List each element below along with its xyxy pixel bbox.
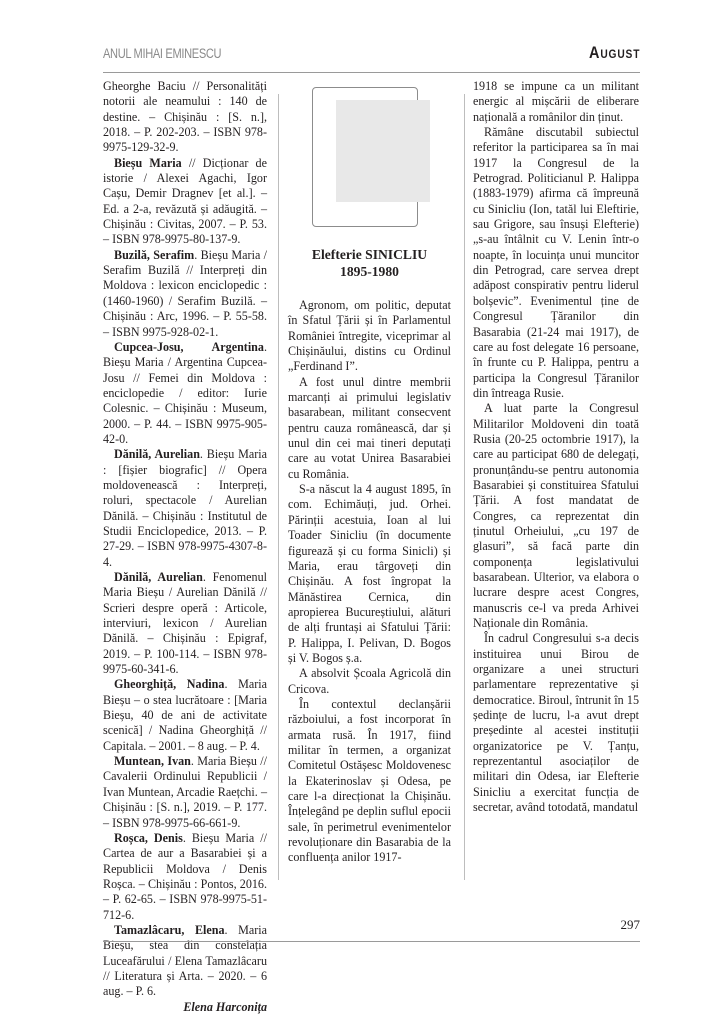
bibliography-column: Gheorghe Baciu // Personalități notorii … [103, 79, 267, 1015]
entry-author: Roșca, Denis [114, 831, 183, 845]
entry-author: Gheorghiță, Nadina [114, 677, 224, 691]
header-month: August [589, 43, 640, 63]
bibliography-entry: Gheorghe Baciu // Personalități notorii … [103, 79, 267, 156]
biography-paragraph: A luat parte la Congresul Militarilor Mo… [473, 401, 639, 631]
column-divider [278, 94, 279, 880]
column-divider [464, 94, 465, 880]
bibliography-entry: Muntean, Ivan. Maria Bieșu // Cavalerii … [103, 754, 267, 831]
footer-divider [103, 941, 640, 942]
header-book-title: ANUL MIHAI EMINESCU [103, 46, 221, 61]
entry-author: Dănilă, Aurelian [114, 570, 203, 584]
biography-column-right: 1918 se impune ca un militant energic al… [473, 79, 639, 816]
person-years: 1895-1980 [288, 263, 451, 280]
bibliography-entry: Tamazlâcaru, Elena. Maria Bieșu, stea di… [103, 923, 267, 1000]
biography-heading: Elefterie SINICLIU 1895-1980 [288, 246, 451, 280]
article-signature: Elena Harconița [103, 1000, 267, 1015]
page-number: 297 [621, 917, 641, 933]
portrait-image [336, 100, 430, 202]
bibliography-entry: Bieșu Maria // Dicționar de istorie / Al… [103, 156, 267, 248]
biography-paragraph: S-a născut la 4 august 1895, în com. Ech… [288, 482, 451, 666]
bibliography-entry: Dănilă, Aurelian. Bieșu Maria : [fișier … [103, 447, 267, 570]
person-name: Elefterie SINICLIU [288, 246, 451, 263]
biography-paragraph: A fost unul dintre membrii marcanți ai p… [288, 375, 451, 482]
entry-author: Tamazlâcaru, Elena [114, 923, 225, 937]
entry-author: Bieșu Maria [114, 156, 182, 170]
header-divider [103, 72, 640, 73]
biography-paragraph: Rămâne discutabil subiectul referitor la… [473, 125, 639, 401]
entry-author: Buzilă, Serafim [114, 248, 194, 262]
entry-author: Muntean, Ivan [114, 754, 191, 768]
bibliography-entry: Gheorghiță, Nadina. Maria Bieșu – o stea… [103, 677, 267, 754]
bibliography-entry: Buzilă, Serafim. Bieșu Maria / Serafim B… [103, 248, 267, 340]
bibliography-entry: Cupcea-Josu, Argentina. Bieșu Maria / Ar… [103, 340, 267, 447]
biography-paragraph: 1918 se impune ca un militant energic al… [473, 79, 639, 125]
entry-author: Dănilă, Aurelian [114, 447, 200, 461]
biography-paragraph: În contextul declanșării războiului, a f… [288, 697, 451, 866]
biography-paragraph: A absolvit Școala Agricolă din Cricova. [288, 666, 451, 697]
bibliography-entry: Dănilă, Aurelian. Fenomenul Maria Bieșu … [103, 570, 267, 677]
biography-column-middle: Agronom, om politic, deputat în Sfatul Ț… [288, 298, 451, 866]
running-header: ANUL MIHAI EMINESCU August [103, 44, 640, 66]
biography-paragraph: În cadrul Congresului s-a decis institui… [473, 631, 639, 815]
biography-paragraph: Agronom, om politic, deputat în Sfatul Ț… [288, 298, 451, 375]
entry-author: Cupcea-Josu, Argentina [114, 340, 264, 354]
bibliography-entry: Roșca, Denis. Bieșu Maria // Cartea de a… [103, 831, 267, 923]
